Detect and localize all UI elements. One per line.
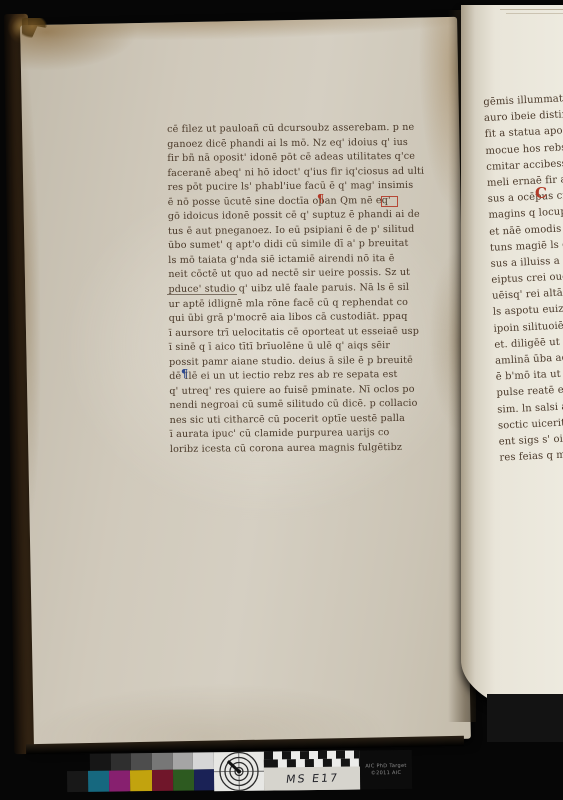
shelfmark-label: MS E17 <box>264 767 360 791</box>
color-patch <box>67 771 88 792</box>
grayscale-patch-row <box>90 752 214 771</box>
target-credit-line: ©2011 AIC <box>371 770 401 777</box>
bullseye-target-icon <box>214 752 264 792</box>
book-cradle-support <box>487 694 563 742</box>
grayscale-patch <box>172 753 193 770</box>
text-line: cē filez ut pauloañ cū dcursoubz assereb… <box>167 121 407 138</box>
color-patch-row <box>67 769 215 792</box>
photo-background: cē filez ut pauloañ cū dcursoubz assereb… <box>0 0 563 800</box>
color-patch <box>88 771 109 792</box>
grayscale-patch <box>152 753 173 770</box>
red-paraph-mark: ¶ <box>317 192 324 205</box>
color-patch <box>109 770 130 791</box>
scale-ruler: MS E17 <box>264 751 360 791</box>
calibration-target-bar: MS E17 AIC PhD Target ©2011 AIC <box>63 750 412 793</box>
fore-edge-line <box>506 13 563 14</box>
grayscale-patch <box>131 753 152 770</box>
text-line: loribz icesta cū corona aurea magnis ful… <box>170 441 410 458</box>
grayscale-patch <box>193 752 214 769</box>
color-patch <box>173 770 194 791</box>
fore-edge-line <box>500 9 563 10</box>
color-patch <box>130 770 151 791</box>
text-line: pduce' studio q' uibz ulē faale paruis. … <box>168 281 408 298</box>
ink-underline <box>167 294 237 295</box>
text-line: fir bñ nā oposit' idonē pōt cē adeas uti… <box>167 150 407 167</box>
red-rubric-box <box>381 196 398 207</box>
color-patch <box>152 770 173 791</box>
red-initial-letter: C <box>535 184 547 202</box>
grayscale-patch <box>90 754 111 771</box>
text-line: qui ūbi grā p'mocrē aia libos cā custodi… <box>169 310 409 327</box>
shelfmark-text: MS E17 <box>285 771 339 786</box>
left-text-block: cē filez ut pauloañ cū dcursoubz assereb… <box>167 121 410 458</box>
color-patch <box>194 769 215 790</box>
target-credit-panel: AIC PhD Target ©2011 AIC <box>360 750 412 790</box>
blue-paraph-mark: ¶ <box>181 367 188 380</box>
grayscale-patch <box>110 753 131 770</box>
